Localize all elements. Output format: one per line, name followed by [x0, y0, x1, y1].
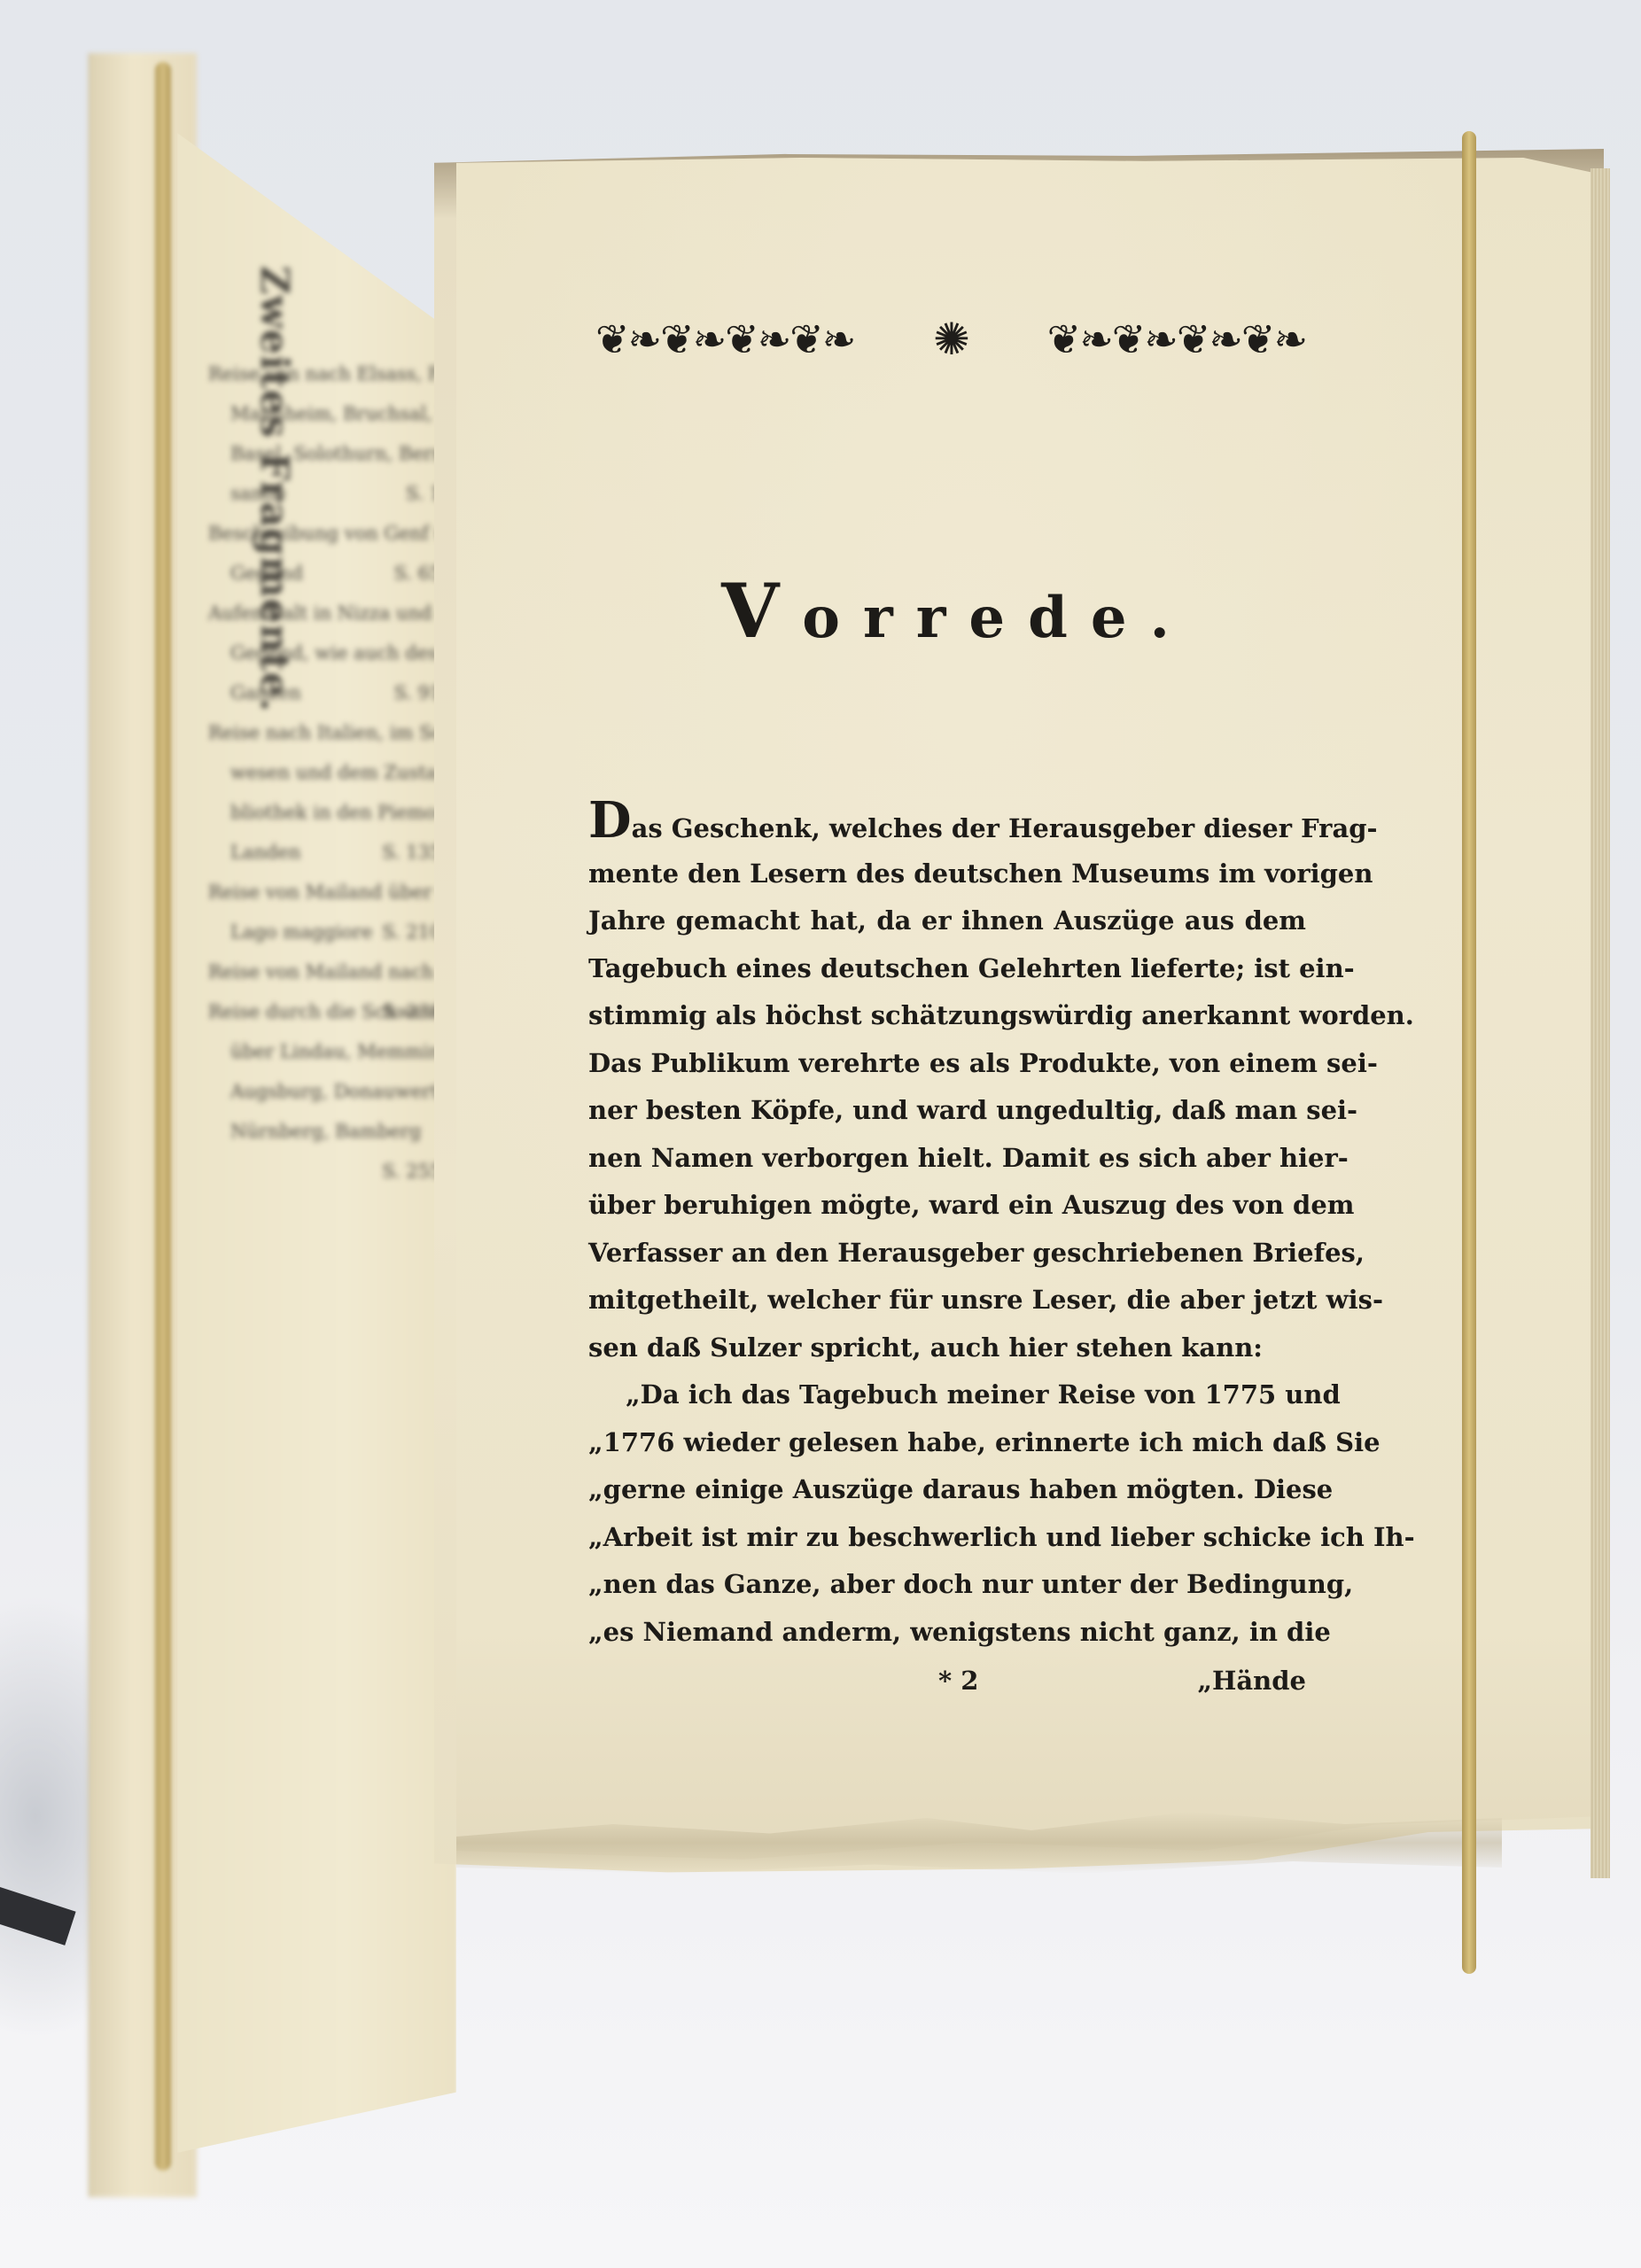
text-line: Jahre gemacht hat, da er ihnen Auszüge a…	[588, 897, 1306, 945]
rosette-ornament-icon: ✺	[933, 314, 968, 365]
toc-entry: sanneS. 1.	[208, 474, 447, 514]
text-line: Tagebuch eines deutschen Gelehrten liefe…	[588, 945, 1306, 993]
text-line: Das Publikum verehrte es als Produkte, v…	[588, 1040, 1306, 1088]
quote-line: „es Niemand anderm, wenigstens nicht gan…	[588, 1609, 1306, 1657]
toc-entry: LandenS. 135.	[208, 833, 447, 873]
toc-entry: Augsburg, Donauwerth,	[208, 1072, 447, 1112]
preface-body: Das Geschenk, welches der Herausgeber di…	[588, 803, 1306, 1656]
left-binding-band	[155, 62, 171, 2171]
text-line: über beruhigen mögte, ward ein Auszug de…	[588, 1182, 1306, 1230]
toc-entry: Reise durch die Schweiz nach Deutschland…	[208, 992, 447, 1032]
toc-entry: Beschreibung von Genf und der	[208, 514, 447, 554]
right-binding-band	[1462, 131, 1476, 1974]
toc-entry: Lago maggioreS. 210.	[208, 913, 447, 952]
text-line: stimmig als höchst schätzungswürdig aner…	[588, 992, 1306, 1040]
quote-line: „nen das Ganze, aber doch nur unter der …	[588, 1561, 1306, 1609]
toc-entry: Mannheim, Bruchsal, Durlach	[208, 394, 447, 434]
text-line: nen Namen verborgen hielt. Damit es sich…	[588, 1135, 1306, 1183]
toc-entry: GegendS. 65.	[208, 554, 447, 594]
title-rest: orrede.	[802, 585, 1193, 651]
text-line: sen daß Sulzer spricht, auch hier stehen…	[588, 1324, 1306, 1372]
toc-entry: bliothek in den Piemontesischen	[208, 793, 447, 833]
quote-line: „1776 wieder gelesen habe, erinnerte ich…	[588, 1419, 1306, 1467]
text-line: mente den Lesern des deutschen Museums i…	[588, 850, 1306, 898]
quote-line: „gerne einige Auszüge daraus haben mögte…	[588, 1466, 1306, 1514]
toc-entry: Nürnberg, BambergS. 255.	[208, 1112, 447, 1152]
quote-line: „Da ich das Tagebuch meiner Reise von 17…	[588, 1371, 1306, 1419]
floral-ornament-icon: ❦❧❦❧❦❧❦❧	[595, 315, 854, 363]
drop-cap: D	[588, 791, 632, 850]
toc-entry: Reise nach Italien, im Schul-	[208, 713, 447, 753]
text-line: Verfasser an den Herausgeber geschrieben…	[588, 1230, 1306, 1278]
toc-entry: über Lindau, Memmingen, Ulm,	[208, 1032, 447, 1072]
toc-entry: Aufenthalt in Nizza und der	[208, 594, 447, 633]
toc-entry: Reise von nach Elsass, Frankfurt,	[208, 354, 447, 394]
toc-entry: wesen und dem Zustande der Bi-	[208, 753, 447, 793]
catchword: „Hände	[1197, 1666, 1306, 1696]
decorative-headpiece: ❦❧❦❧❦❧❦❧ ✺ ❦❧❦❧❦❧❦❧	[595, 312, 1306, 367]
text-line: ner besten Köpfe, und ward ungedultig, d…	[588, 1087, 1306, 1135]
quote-line: „Arbeit ist mir zu beschwerlich und lieb…	[588, 1514, 1306, 1562]
page-fore-edge	[1590, 168, 1610, 1878]
floral-ornament-icon: ❦❧❦❧❦❧❦❧	[1047, 315, 1306, 363]
toc-entry: Gegend, wie auch des	[208, 633, 447, 673]
text-line: Das Geschenk, welches der Herausgeber di…	[588, 803, 1306, 850]
signature-mark: * 2	[938, 1666, 978, 1696]
title-initial: V	[721, 567, 802, 655]
toc-entry: Basel, Solothurn, Bern, Lau-	[208, 434, 447, 474]
toc-entry: GanzenS. 91.	[208, 673, 447, 713]
page-title: Vorrede.	[585, 567, 1329, 655]
toc-entry: Reise von Mailand über Como bis an den	[208, 873, 447, 913]
text-line: mitgetheilt, welcher für unsre Leser, di…	[588, 1277, 1306, 1324]
table-of-contents: Reise von nach Elsass, Frankfurt, Mannhe…	[208, 354, 447, 1192]
toc-entry: Reise von Mailand nach BayernS. 230.	[208, 952, 447, 992]
